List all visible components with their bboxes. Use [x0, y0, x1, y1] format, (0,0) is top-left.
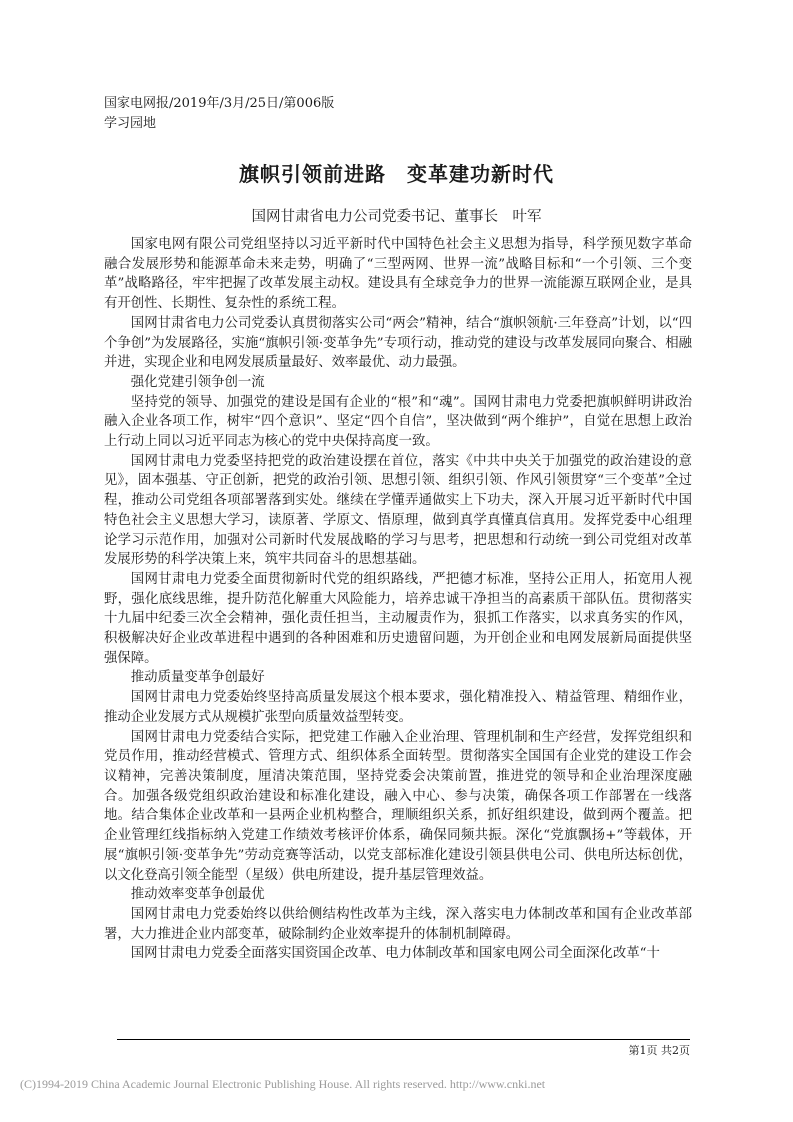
article-byline: 国网甘肃省电力公司党委书记、董事长 叶军 — [0, 205, 793, 226]
paragraph: 国网甘肃电力党委始终坚持高质量发展这个根本要求，强化精准投入、精益管理、精细作业… — [104, 688, 692, 727]
section-heading: 强化党建引领争创一流 — [104, 373, 692, 393]
paragraph: 国网甘肃省电力公司党委认真贯彻落实公司“两会”精神，结合“旗帜领航·三年登高”计… — [104, 314, 692, 373]
paragraph: 国网甘肃电力党委坚持把党的政治建设摆在首位，落实《中共中央关于加强党的政治建设的… — [104, 452, 692, 570]
article-body: 国家电网有限公司党组坚持以习近平新时代中国特色社会主义思想为指导，科学预见数字革… — [104, 235, 692, 964]
paragraph: 国网甘肃电力党委结合实际，把党建工作融入企业治理、管理机制和生产经营，发挥党组织… — [104, 728, 692, 886]
paragraph: 坚持党的领导、加强党的建设是国有企业的“根”和“魂”。国网甘肃电力党委把旗帜鲜明… — [104, 393, 692, 452]
page-indicator: 第1页 共2页 — [629, 1042, 691, 1058]
footer-divider — [117, 1039, 690, 1040]
paragraph: 国家电网有限公司党组坚持以习近平新时代中国特色社会主义思想为指导，科学预见数字革… — [104, 235, 692, 314]
section-heading: 推动质量变革争创最好 — [104, 668, 692, 688]
article-title: 旗帜引领前进路 变革建功新时代 — [0, 158, 793, 187]
column-name: 学习园地 — [104, 114, 156, 134]
copyright-notice: (C)1994-2019 China Academic Journal Elec… — [20, 1077, 545, 1092]
section-heading: 推动效率变革争创最优 — [104, 885, 692, 905]
paragraph: 国网甘肃电力党委全面贯彻新时代党的组织路线，严把德才标准，坚持公正用人，拓宽用人… — [104, 570, 692, 669]
paragraph: 国网甘肃电力党委始终以供给侧结构性改革为主线，深入落实电力体制改革和国有企业改革… — [104, 905, 692, 944]
source-line: 国家电网报/2019年/3月/25日/第006版 — [104, 94, 334, 114]
paragraph: 国网甘肃电力党委全面落实国资国企改革、电力体制改革和国家电网公司全面深化改革“十 — [104, 944, 692, 964]
